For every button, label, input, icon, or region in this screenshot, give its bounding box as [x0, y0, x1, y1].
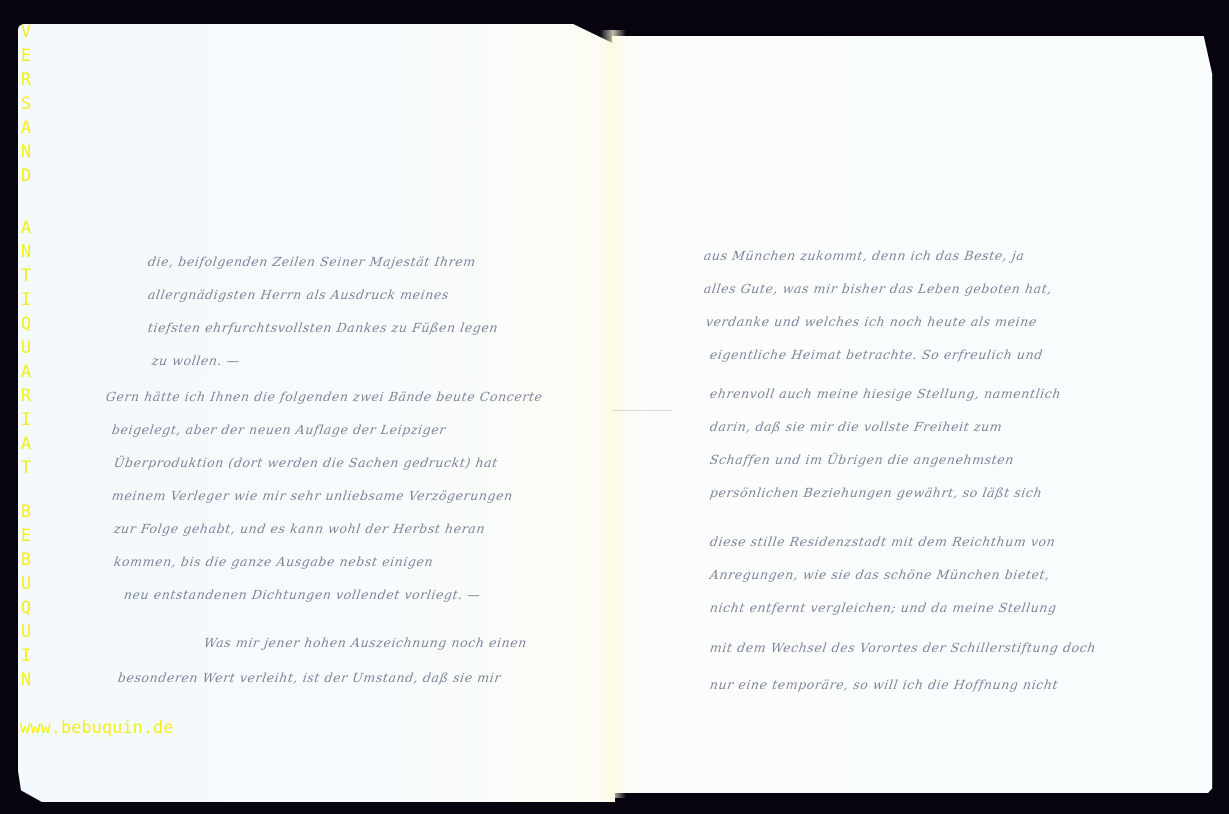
- handwritten-line: Was mir jener hohen Auszeichnung noch ei…: [203, 635, 528, 650]
- fold-crease: [612, 410, 672, 411]
- handwritten-line: darin, daß sie mir die vollste Freiheit …: [709, 419, 1003, 434]
- handwritten-line: verdanke und welches ich noch heute als …: [705, 314, 1038, 329]
- handwritten-line: mit dem Wechsel des Vorortes der Schille…: [709, 640, 1097, 655]
- watermark-letter: I: [18, 648, 34, 665]
- handwritten-line: kommen, bis die ganze Ausgabe nebst eini…: [113, 554, 434, 569]
- watermark-letter: R: [18, 72, 34, 89]
- watermark-letter: V: [18, 24, 34, 41]
- watermark-letter: B: [18, 504, 34, 521]
- watermark-letter: S: [18, 96, 34, 113]
- watermark-letter: Q: [18, 600, 34, 617]
- watermark-letter: U: [18, 340, 34, 357]
- handwritten-line: nicht entfernt vergleichen; und da meine…: [709, 600, 1058, 615]
- handwritten-line: die, beifolgenden Zeilen Seiner Majestät…: [147, 254, 477, 269]
- watermark-letter: N: [18, 244, 34, 261]
- handwritten-line: alles Gute, was mir bisher das Leben geb…: [703, 281, 1053, 296]
- handwritten-line: Überproduktion (dort werden die Sachen g…: [113, 455, 499, 470]
- handwritten-line: besonderen Wert verleiht, ist der Umstan…: [117, 670, 502, 685]
- handwritten-line: diese stille Residenzstadt mit dem Reich…: [709, 534, 1057, 549]
- handwritten-line: Gern hätte ich Ihnen die folgenden zwei …: [105, 389, 544, 404]
- handwritten-line: persönlichen Beziehungen gewährt, so läß…: [709, 485, 1043, 500]
- handwritten-line: zur Folge gehabt, und es kann wohl der H…: [113, 521, 486, 536]
- handwritten-line: tiefsten ehrfurchtsvollsten Dankes zu Fü…: [147, 320, 499, 335]
- watermark-letter: T: [18, 460, 34, 477]
- watermark-letter: A: [18, 120, 34, 137]
- watermark-letter: A: [18, 220, 34, 237]
- handwritten-line: neu entstandenen Dichtungen vollendet vo…: [123, 587, 482, 602]
- handwritten-line: Anregungen, wie sie das schöne München b…: [709, 567, 1051, 582]
- watermark-letter: Q: [18, 316, 34, 333]
- watermark-letter: D: [18, 168, 34, 185]
- watermark-letter: I: [18, 292, 34, 309]
- watermark-letter: N: [18, 672, 34, 689]
- watermark-letter: I: [18, 412, 34, 429]
- watermark-letter: A: [18, 364, 34, 381]
- handwritten-line: meinem Verleger wie mir sehr unliebsame …: [111, 488, 514, 503]
- watermark-letter: N: [18, 144, 34, 161]
- handwritten-line: nur eine temporäre, so will ich die Hoff…: [709, 677, 1059, 692]
- watermark-url: www.bebuquin.de: [20, 718, 174, 738]
- handwritten-line: zu wollen. —: [151, 353, 241, 368]
- handwritten-line: eigentliche Heimat betrachte. So erfreul…: [709, 347, 1044, 362]
- watermark-letter: B: [18, 552, 34, 569]
- left-page: [18, 24, 615, 802]
- handwritten-line: aus München zukommt, denn ich das Beste,…: [703, 248, 1026, 263]
- handwritten-line: Schaffen und im Übrigen die angenehmsten: [709, 452, 1015, 467]
- watermark-letter: E: [18, 48, 34, 65]
- watermark-letter: U: [18, 624, 34, 641]
- watermark-letter: E: [18, 528, 34, 545]
- handwritten-line: ehrenvoll auch meine hiesige Stellung, n…: [709, 386, 1062, 401]
- handwritten-line: allergnädigsten Herrn als Ausdruck meine…: [147, 287, 450, 302]
- watermark-letter: R: [18, 388, 34, 405]
- watermark-letter: U: [18, 576, 34, 593]
- watermark-letter: T: [18, 268, 34, 285]
- watermark-letter: A: [18, 436, 34, 453]
- handwritten-line: beigelegt, aber der neuen Auflage der Le…: [111, 422, 447, 437]
